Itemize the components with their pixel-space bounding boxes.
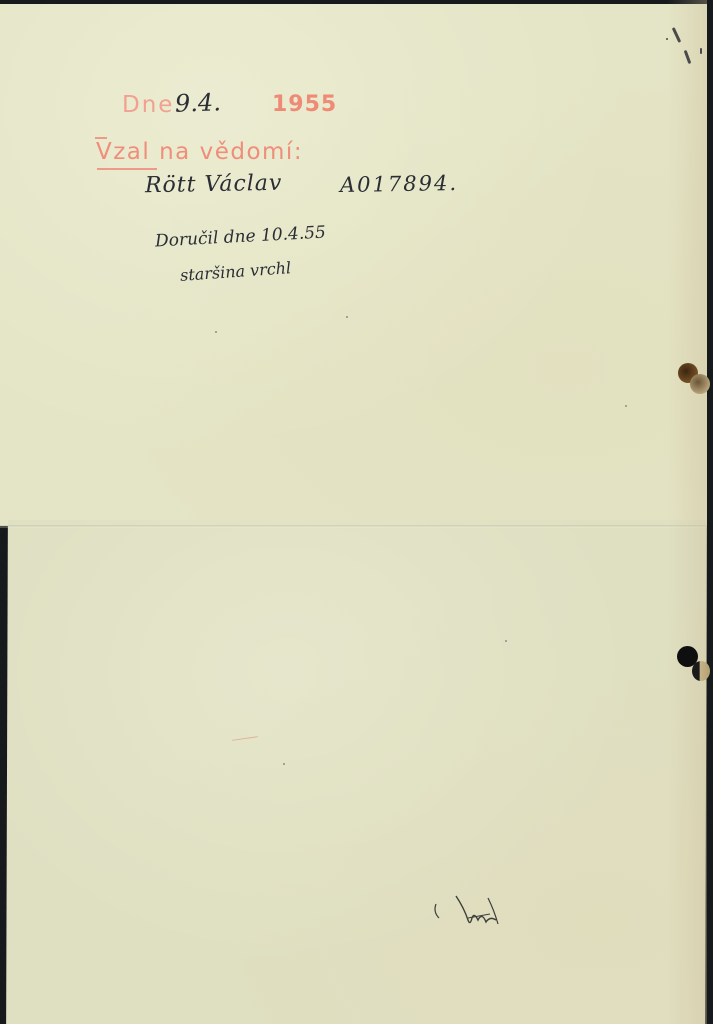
handwritten-id-number: A017894. — [340, 171, 458, 197]
stamp-acknowledgement-label: Vzal na vědomí: — [96, 139, 303, 165]
punch-hole — [692, 661, 710, 681]
stamp-underline — [97, 168, 157, 170]
paper-speck — [283, 763, 285, 765]
corner-mark — [700, 48, 702, 54]
punch-hole — [690, 374, 710, 394]
scanned-document: Dne: 1955 Vzal na vědomí: 9.4. Rött Václ… — [0, 0, 713, 1024]
stamp-year: 1955 — [272, 92, 337, 117]
paper-sheet-lower — [6, 520, 707, 1024]
handwritten-date: 9.4. — [175, 88, 222, 118]
paper-speck — [346, 316, 348, 318]
paper-speck — [505, 640, 507, 642]
paper-sheet-upper — [0, 4, 707, 526]
paper-speck — [215, 331, 217, 333]
paper-speck — [625, 405, 627, 407]
handwritten-name: Rött Václav — [145, 171, 283, 198]
signature-scribble — [430, 890, 520, 935]
corner-mark — [666, 38, 668, 40]
paper-fold-line — [0, 525, 707, 528]
